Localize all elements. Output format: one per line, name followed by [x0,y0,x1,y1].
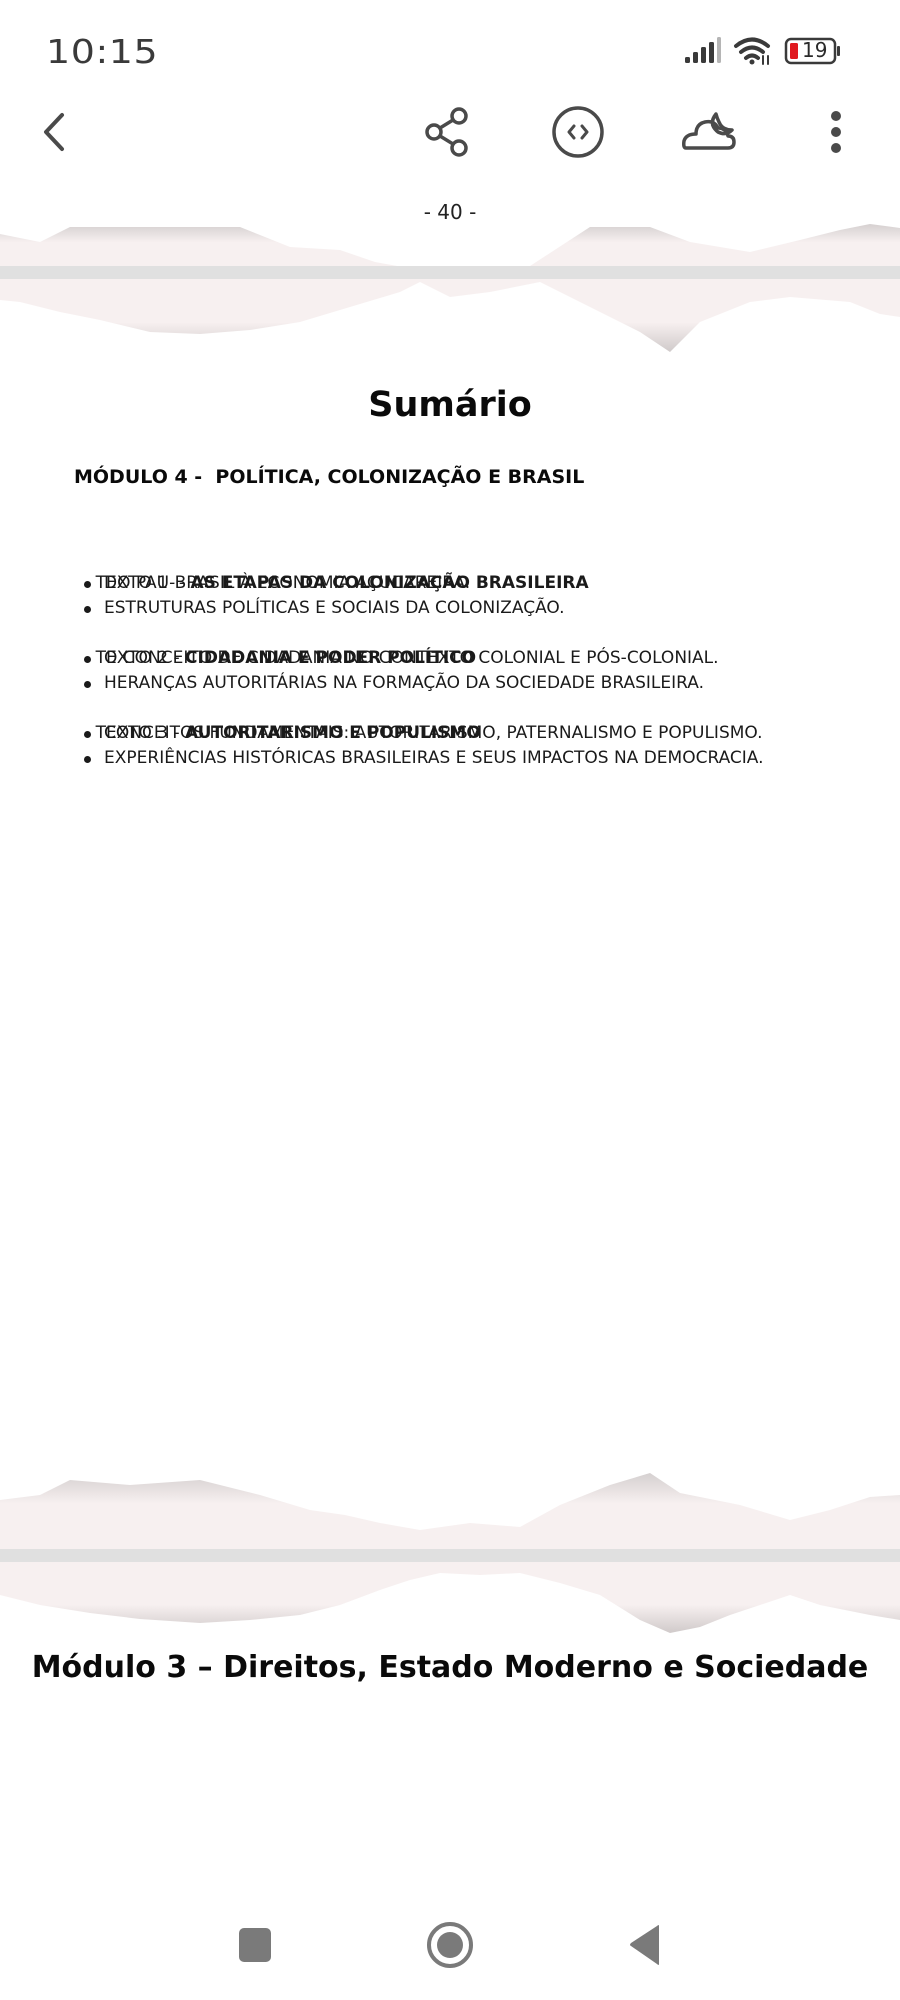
battery-level: 19 [802,38,827,62]
wifi-icon [736,40,768,65]
recents-button[interactable] [220,1915,290,1975]
toc-item: ESTRUTURAS POLÍTICAS E SOCIAIS DA COLONI… [74,596,764,621]
share-icon [420,104,476,160]
night-mode-button[interactable] [678,102,738,162]
code-circle-icon [550,104,606,160]
night-mode-icon [678,104,738,160]
toc-item: CONCEITOS FUNDAMENTAIS: AUTORITARISMO, P… [74,721,764,746]
code-view-button[interactable] [548,102,608,162]
system-back-button[interactable] [610,1915,680,1975]
more-options-button[interactable] [806,102,866,162]
more-vertical-icon [826,104,846,160]
toc-item: HERANÇAS AUTORITÁRIAS NA FORMAÇÃO DA SOC… [74,671,764,696]
recents-square-icon [237,1926,273,1964]
toc-item: DO PAU-BRASIL À ECONOMIA AÇUCAREIRA. [74,571,764,596]
torn-paper-divider-top [0,222,900,357]
toc-item: O CONCEITO DE CIDADANIA NO CONTEXTO COLO… [74,646,764,671]
toc-section-2[interactable]: TEXTO 2 - CIDADANIA E PODER POLÍTICO [74,621,764,646]
back-button[interactable] [24,102,84,162]
back-triangle-icon [625,1923,665,1967]
next-page-heading: Módulo 3 – Direitos, Estado Moderno e So… [0,1650,900,1685]
signal-icon [685,37,721,63]
toc-item: EXPERIÊNCIAS HISTÓRICAS BRASILEIRAS E SE… [74,746,764,771]
back-icon [34,110,74,154]
status-time: 10:15 [46,32,158,71]
document-title: Sumário [0,385,900,425]
toc-section-3[interactable]: TEXTO 3 - AUTORITARISMO E POPULISMO [74,696,764,721]
module-heading: MÓDULO 4 - POLÍTICA, COLONIZAÇÃO E BRASI… [74,466,584,488]
page-number: - 40 - [0,200,900,224]
status-icons: 19 [680,34,850,68]
home-circle-icon [425,1920,475,1970]
share-button[interactable] [418,102,478,162]
table-of-contents: TEXTO 1 - AS ETAPAS DA COLONIZAÇÃO BRASI… [74,546,764,771]
torn-paper-divider-bottom [0,1455,900,1635]
home-button[interactable] [415,1915,485,1975]
toc-section-1[interactable]: TEXTO 1 - AS ETAPAS DA COLONIZAÇÃO BRASI… [74,546,764,571]
